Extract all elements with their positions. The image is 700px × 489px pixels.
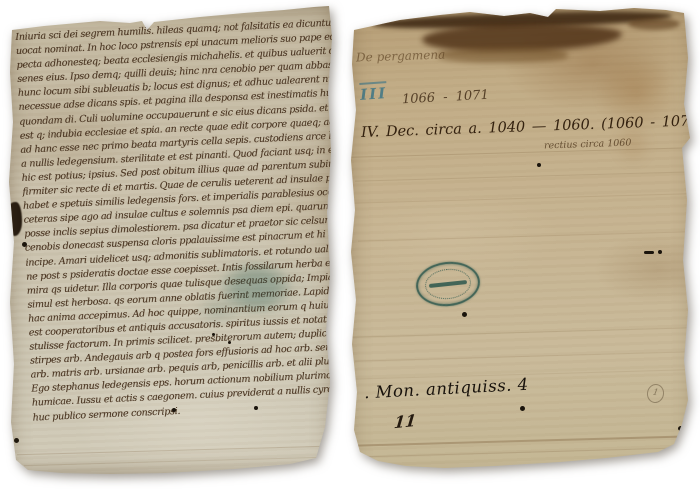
library-stamp bbox=[414, 259, 482, 309]
crease-line bbox=[351, 147, 693, 158]
crease-line bbox=[351, 327, 693, 338]
ink-speck bbox=[537, 163, 541, 167]
crease-line bbox=[24, 457, 318, 466]
script-text-block: Iniuria sci dei segrem humilis. hileas q… bbox=[15, 17, 351, 426]
ink-speck bbox=[14, 438, 19, 443]
header-ink-smear bbox=[436, 47, 568, 63]
top-ink-smear bbox=[372, 9, 672, 31]
crease-line bbox=[355, 351, 690, 361]
left-leaf: Iniuria sci dei segrem humilis. hileas q… bbox=[4, 2, 338, 478]
ink-speck bbox=[22, 242, 27, 247]
ink-dash bbox=[644, 251, 654, 254]
ink-speck bbox=[658, 250, 662, 254]
crease-line bbox=[351, 435, 693, 447]
shelfmark-note: . Mon. antiquiss. 4 bbox=[364, 375, 529, 403]
ink-blot bbox=[6, 202, 22, 236]
left-leaf-wrapper: Iniuria sci dei segrem humilis. hileas q… bbox=[4, 2, 338, 478]
crease-line bbox=[351, 193, 689, 203]
crease-line bbox=[355, 171, 690, 181]
crease-line bbox=[358, 231, 685, 241]
date-note-sub: rectius circa 1060 bbox=[544, 137, 632, 151]
circled-corner-mark: 1 bbox=[645, 383, 665, 405]
top-ink-smear-right bbox=[628, 18, 680, 30]
date-note-main: IV. Dec. circa a. 1040 — 1060. (1060 - 1… bbox=[361, 113, 700, 141]
right-leaf-wrapper: De pergamena III 1066 - 1071 IV. Dec. ci… bbox=[344, 0, 700, 489]
ink-speck bbox=[228, 341, 231, 344]
crease-line bbox=[17, 446, 324, 456]
ink-speck bbox=[520, 406, 525, 411]
date-note-upper: 1066 - 1071 bbox=[402, 88, 489, 108]
folio-number: 11 bbox=[393, 411, 417, 433]
ink-speck bbox=[678, 426, 684, 431]
ink-speck bbox=[172, 408, 176, 412]
blue-crayon-numeral: III bbox=[359, 81, 387, 104]
faded-header-note: De pergamena bbox=[356, 47, 446, 64]
top-ink-smear-thick bbox=[422, 22, 622, 52]
right-leaf: De pergamena III 1066 - 1071 IV. Dec. ci… bbox=[344, 0, 700, 489]
ink-speck bbox=[254, 406, 258, 410]
manuscript-photo: Iniuria sci dei segrem humilis. hileas q… bbox=[0, 0, 700, 489]
crease-line bbox=[358, 448, 678, 458]
ink-speck bbox=[462, 312, 467, 317]
ink-speck bbox=[212, 333, 215, 336]
